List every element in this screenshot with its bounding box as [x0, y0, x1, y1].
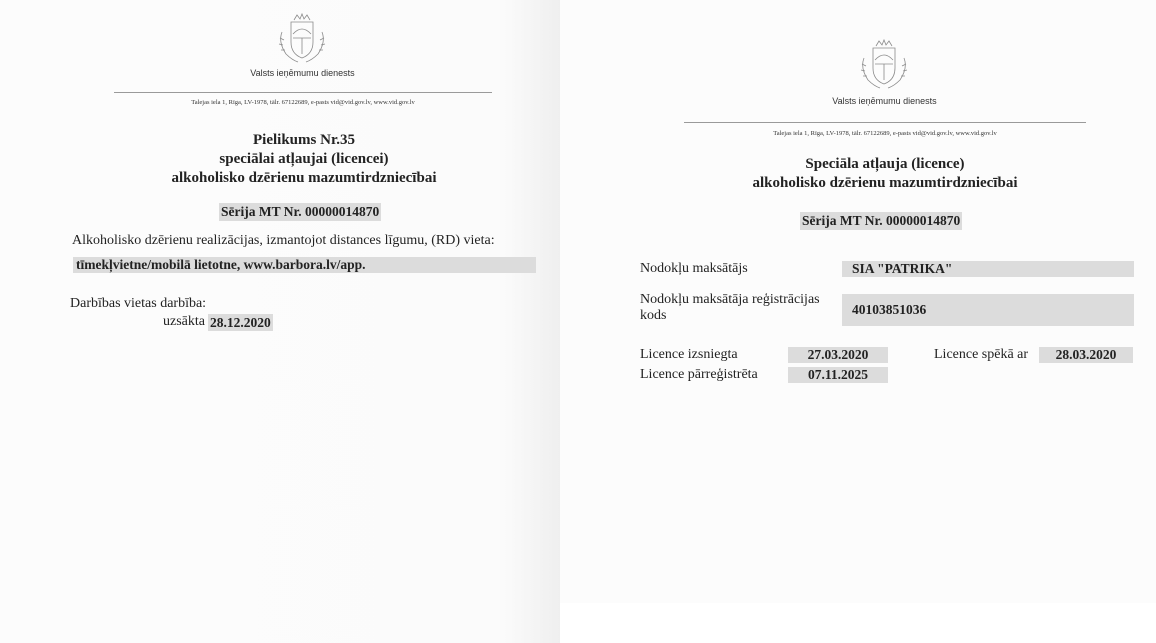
- reregistered-label: Licence pārreģistrēta: [640, 367, 758, 383]
- taxpayer-value: SIA "PATRIKA": [842, 261, 1134, 277]
- started-value: 28.12.2020: [208, 314, 273, 331]
- distance-sale-value: tīmekļvietne/mobilā lietotne, www.barbor…: [73, 257, 536, 273]
- agency-address: Talejas iela 1, Rīga, LV-1978, tālr. 671…: [684, 130, 1086, 137]
- header-divider: [684, 122, 1086, 123]
- taxpayer-label: Nodokļu maksātājs: [640, 261, 748, 277]
- title-line-3: alkoholisko dzērienu mazumtirdzniecībai: [100, 169, 508, 188]
- activity-label: Darbības vietas darbība:: [70, 296, 206, 312]
- started-label: uzsākta: [163, 314, 205, 330]
- title-line-2: alkoholisko dzērienu mazumtirdzniecībai: [680, 174, 1090, 193]
- header-divider: [114, 92, 492, 93]
- annex-title: Pielikums Nr.35 speciālai atļaujai (lice…: [100, 131, 508, 188]
- agency-address: Talejas iela 1, Rīga, LV-1978, tālr. 671…: [114, 99, 492, 106]
- reg-code-label-line-1: Nodokļu maksātāja reģistrācijas: [640, 292, 820, 308]
- valid-from-value: 28.03.2020: [1039, 347, 1133, 363]
- distance-sale-label: Alkoholisko dzērienu realizācijas, izman…: [72, 233, 495, 249]
- issued-value: 27.03.2020: [788, 347, 888, 363]
- serial-number: Sērija MT Nr. 00000014870: [800, 212, 962, 230]
- agency-name: Valsts ieņēmumu dienests: [782, 96, 987, 106]
- annex-page: Valsts ieņēmumu dienests Talejas iela 1,…: [0, 0, 560, 643]
- license-page: Valsts ieņēmumu dienests Talejas iela 1,…: [560, 0, 1156, 603]
- valid-from-label: Licence spēkā ar: [934, 347, 1028, 363]
- latvia-coat-of-arms-icon: [274, 12, 330, 64]
- license-title: Speciāla atļauja (licence) alkoholisko d…: [680, 155, 1090, 193]
- reg-code-label: Nodokļu maksātāja reģistrācijas kods: [640, 292, 820, 324]
- agency-name: Valsts ieņēmumu dienests: [200, 68, 405, 78]
- latvia-coat-of-arms-icon: [856, 38, 912, 90]
- title-line-2: speciālai atļaujai (licencei): [100, 150, 508, 169]
- serial-number: Sērija MT Nr. 00000014870: [219, 203, 381, 221]
- reregistered-value: 07.11.2025: [788, 367, 888, 383]
- issued-label: Licence izsniegta: [640, 347, 738, 363]
- title-line-1: Pielikums Nr.35: [100, 131, 508, 150]
- title-line-1: Speciāla atļauja (licence): [680, 155, 1090, 174]
- reg-code-value: 40103851036: [842, 294, 1134, 326]
- reg-code-label-line-2: kods: [640, 308, 820, 324]
